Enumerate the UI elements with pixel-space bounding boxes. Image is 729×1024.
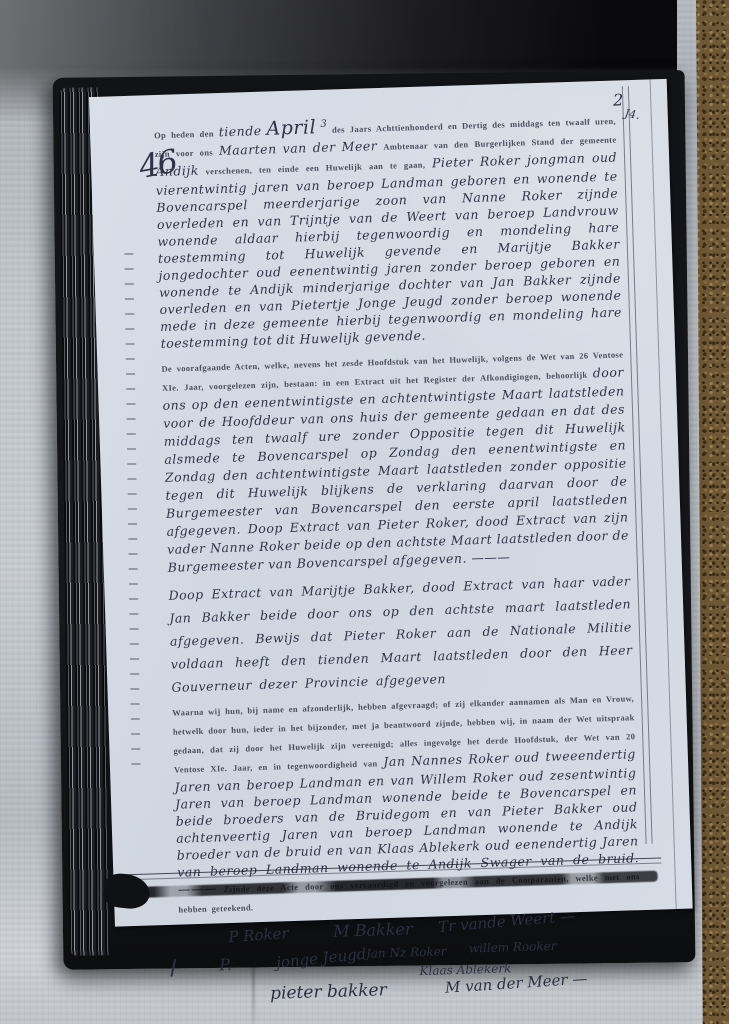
printed-segment: Ambtenaar van den Burgerlijken Stand der…	[383, 135, 616, 152]
signature-block: P Roker M Bakker Tr vande Weert — P. jon…	[179, 910, 644, 1024]
page-content: Op heden den tiende April 3 des Jaars Ac…	[89, 79, 693, 927]
signature-bride-mother: jonge Jeugd	[275, 945, 367, 972]
signature-groom: P Roker	[228, 925, 289, 947]
bride-groom-details: Pieter Roker jongman oud vierentwintig j…	[156, 150, 623, 351]
signature-bride: M Bakker	[333, 920, 413, 941]
municipality-name: Andijk	[155, 163, 206, 180]
signature-witness-4: pieter bakker	[270, 980, 387, 1004]
act-paragraph-banns: De voorafgaande Acten, welke, nevens het…	[161, 345, 630, 577]
printed-segment: verschenen, ten einde een Huwelijk aan t…	[205, 160, 432, 177]
register-book: 46 2 J4. Op heden den tiende April 3 des…	[53, 70, 696, 970]
act-paragraph-opening: Op heden den tiende April 3 des Jaars Ac…	[154, 107, 623, 353]
banns-details: door ons op den eenentwintigste en achte…	[162, 365, 629, 575]
act-paragraph-extracts: Doop Extract van Marijtje Bakker, dood E…	[168, 570, 633, 699]
date-superscript: 3	[320, 119, 327, 130]
photo-of-marriage-record: 46 2 J4. Op heden den tiende April 3 des…	[0, 0, 729, 1024]
printed-segment: Op heden den	[154, 128, 219, 140]
signature-witness-1: Jan Nz Roker	[366, 945, 447, 962]
signature-witness-2: willem Rooker	[469, 939, 557, 956]
handwritten-month: April	[266, 116, 316, 140]
signature-groom-mother: Tr vande Weert —	[437, 907, 575, 936]
handwritten-segment: tiende	[218, 123, 266, 139]
registrar-name: Maarten van der Meer	[219, 138, 384, 158]
signature-bride-mother-initial: P.	[219, 955, 232, 974]
document-page: 46 2 J4. Op heden den tiende April 3 des…	[89, 79, 693, 927]
